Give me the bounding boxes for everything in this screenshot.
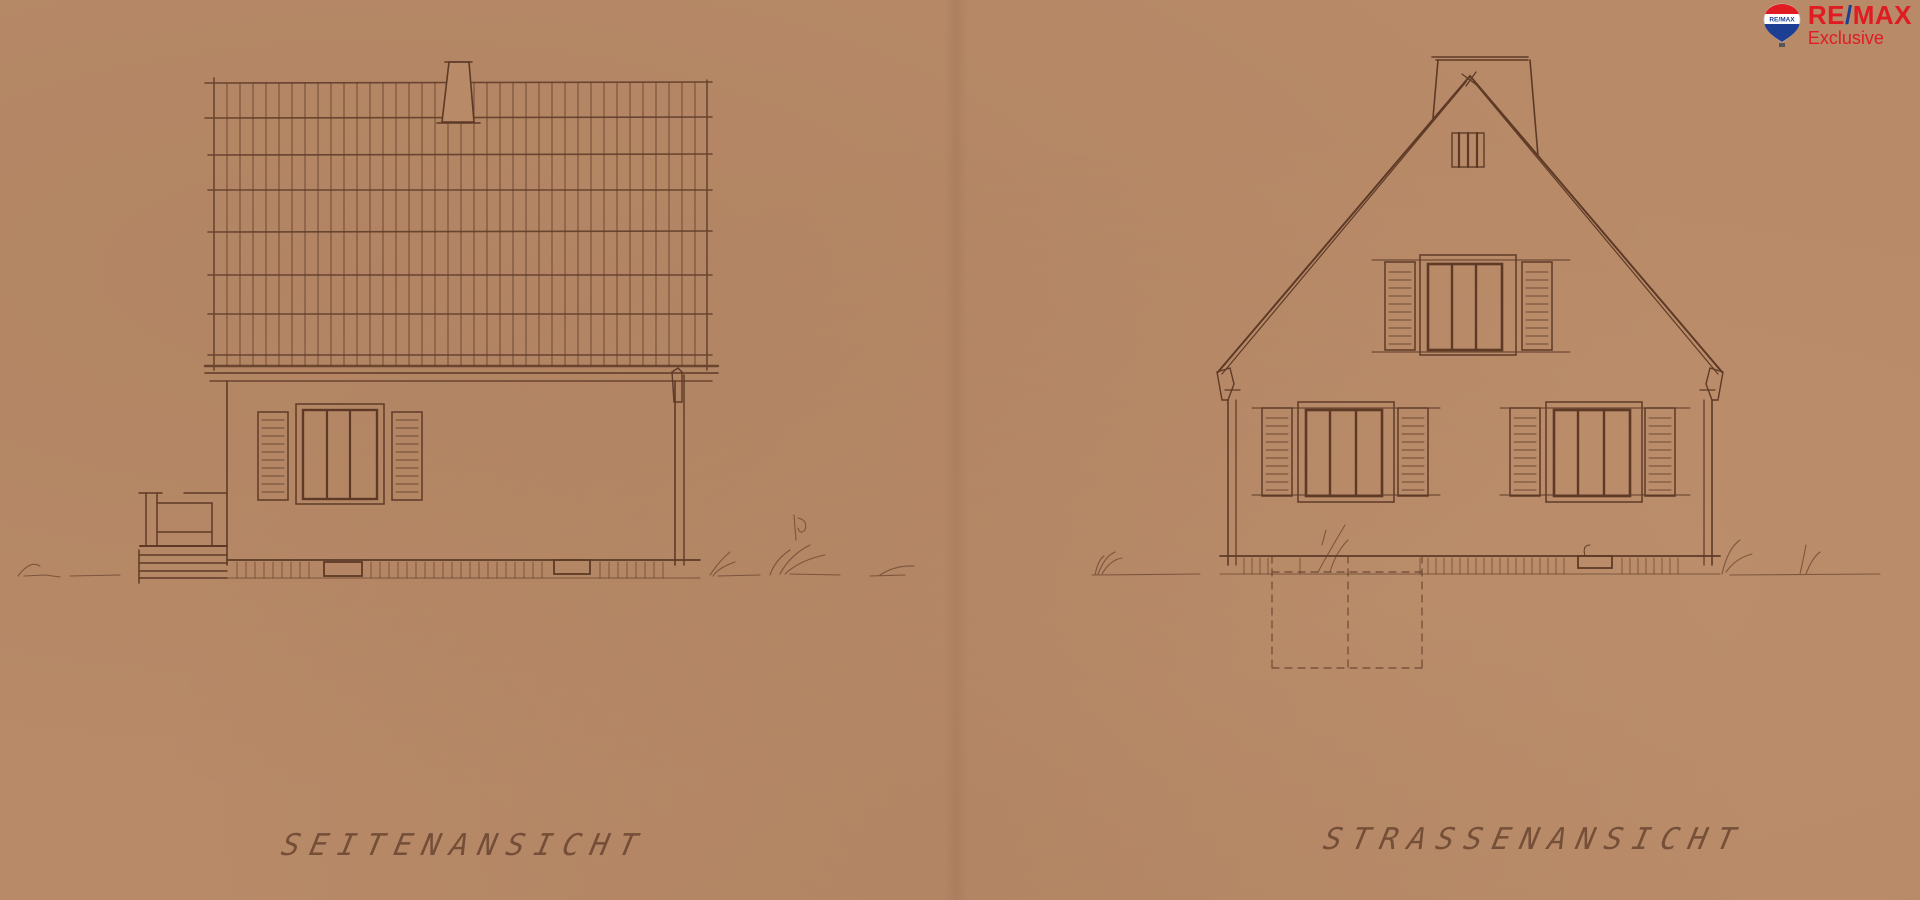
- caption-side-view: SEITENANSICHT: [278, 828, 650, 863]
- elevation-drawings: [0, 0, 1920, 900]
- street-gable-vent: [1452, 133, 1484, 167]
- street-window-right: [1500, 402, 1690, 502]
- street-walls: [1228, 400, 1712, 565]
- brand-name: RE/MAX: [1808, 2, 1912, 28]
- street-attic-window: [1372, 255, 1570, 355]
- street-window-left: [1252, 402, 1440, 502]
- side-view: [18, 62, 914, 583]
- side-window: [258, 404, 422, 504]
- brand-tagline: Exclusive: [1808, 29, 1912, 47]
- street-foundation: [1220, 545, 1720, 574]
- remax-logo[interactable]: RE/MAX RE/MAX Exclusive: [1762, 2, 1912, 48]
- side-roof-tiles: [227, 83, 695, 366]
- side-entrance-steps: [139, 493, 227, 583]
- side-foundation: [227, 560, 700, 578]
- street-chimney: [1432, 57, 1538, 156]
- street-dashed-foundation: [1272, 556, 1422, 668]
- caption-street-view: STRASSENANSICHT: [1320, 822, 1748, 857]
- street-view: [1092, 57, 1880, 668]
- balloon-label: RE/MAX: [1769, 17, 1795, 24]
- balloon-icon: RE/MAX: [1762, 2, 1802, 48]
- street-ground: [1092, 525, 1880, 575]
